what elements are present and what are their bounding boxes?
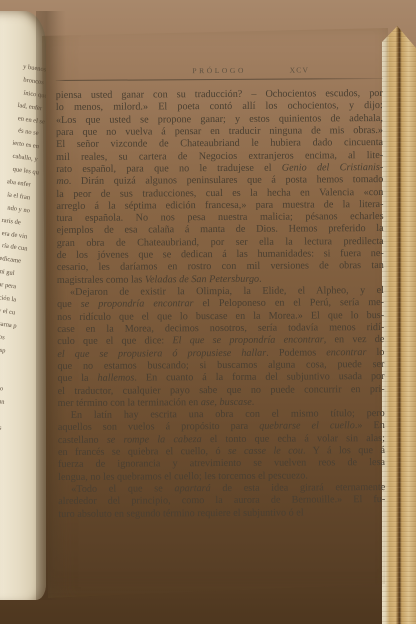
running-title: PRÓLOGO <box>56 65 383 76</box>
header-rule <box>56 78 383 81</box>
page-surface: PRÓLOGO XCV piensa usted ganar con su tr… <box>56 65 386 521</box>
body-text: piensa usted ganar con su traducción? – … <box>56 88 386 521</box>
text-line: turo absoluto en segundo término requier… <box>58 507 385 521</box>
page-number: XCV <box>290 65 309 74</box>
text-line: el traductor, cualquier payo sabe que no… <box>58 383 385 397</box>
page-header: PRÓLOGO XCV <box>56 65 383 83</box>
text-line: fuerza de ignorancia y atrevimiento se v… <box>58 457 385 471</box>
photo-open-book: y buenos,broncosínico quelad, enferen en… <box>0 0 416 624</box>
text-line: alrededor del principio, como la aurora … <box>58 494 385 508</box>
book-page: PRÓLOGO XCV piensa usted ganar con su tr… <box>40 22 392 602</box>
text-line: cesario, les daríamos en rostro con mil … <box>57 260 384 274</box>
